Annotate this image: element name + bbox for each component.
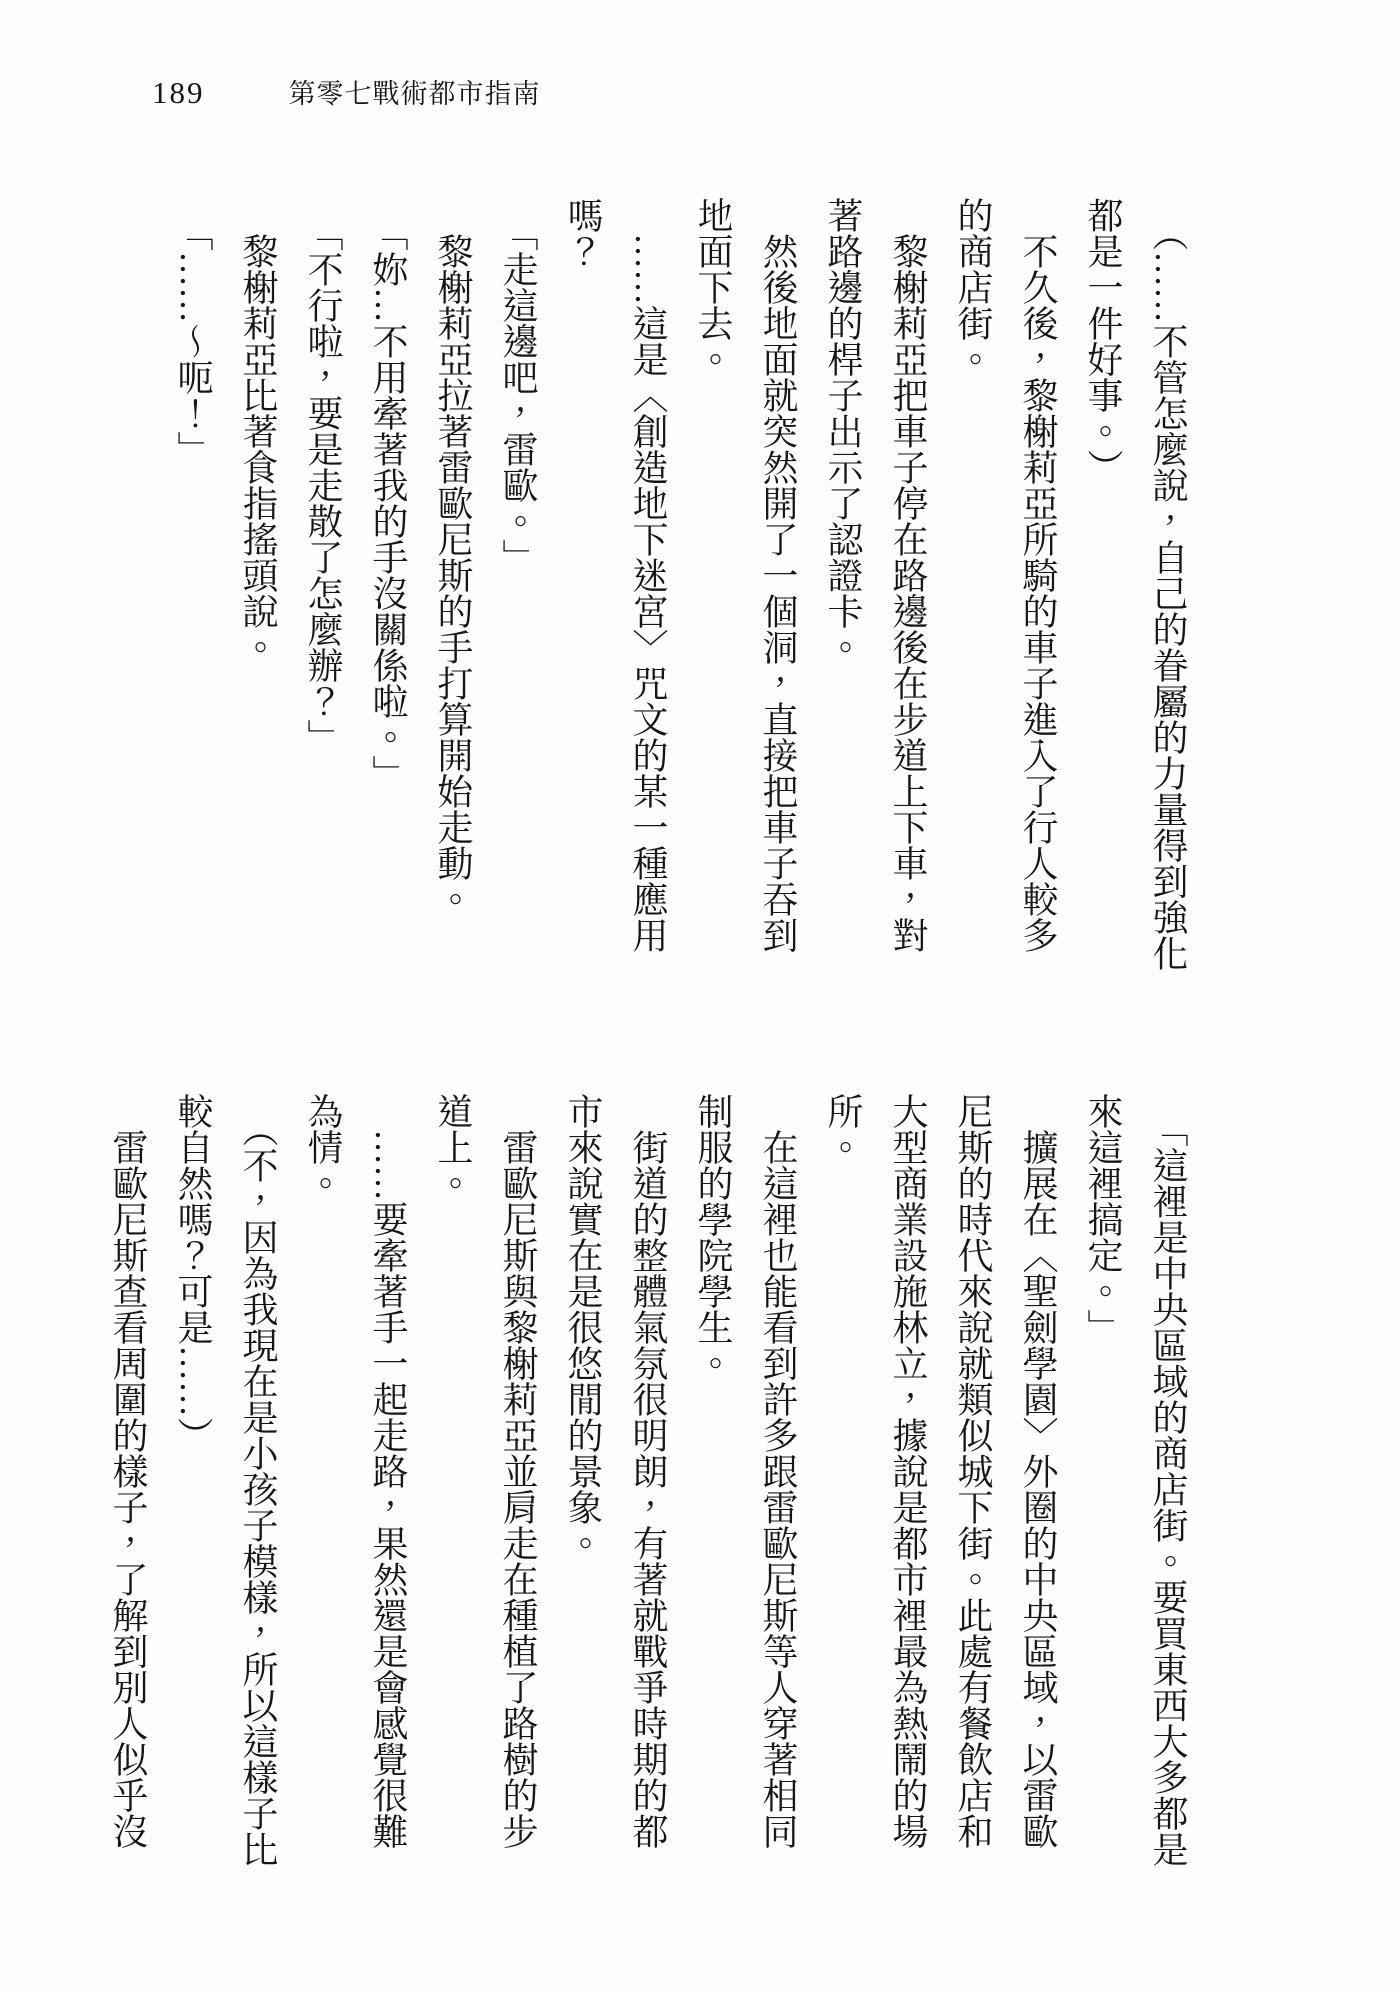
text-column: （……不管怎麼說，自己的眷屬的力量得到強化 <box>1135 197 1200 997</box>
text-column: （不，因為我現在是小孩子模樣，所以這樣子比 <box>225 1093 290 1883</box>
text-column: 市來說實在是很悠閒的景象。 <box>550 1093 615 1883</box>
text-column: 雷歐尼斯與黎榭莉亞並肩走在種植了路樹的步 <box>485 1093 550 1883</box>
text-column: 不久後，黎榭莉亞所騎的車子進入了行人較多 <box>1005 197 1070 997</box>
text-column: 「妳…不用牽著我的手沒關係啦。」 <box>355 197 420 997</box>
text-column: 較自然嗎？可是……） <box>160 1093 225 1883</box>
top-text-block: （……不管怎麼說，自己的眷屬的力量得到強化 都是一件好事。） 不久後，黎榭莉亞所… <box>160 197 1200 997</box>
text-column: 著路邊的桿子出示了認證卡。 <box>810 197 875 997</box>
text-column: ……要牽著手一起走路，果然還是會感覺很難 <box>355 1093 420 1883</box>
text-column: 黎榭莉亞比著食指搖頭說。 <box>225 197 290 997</box>
text-column: 為情。 <box>290 1093 355 1883</box>
text-column: 在這裡也能看到許多跟雷歐尼斯等人穿著相同 <box>745 1093 810 1883</box>
text-column: 大型商業設施林立，據說是都市裡最為熱鬧的場 <box>875 1093 940 1883</box>
text-column: 黎榭莉亞拉著雷歐尼斯的手打算開始走動。 <box>420 197 485 997</box>
text-column: 尼斯的時代來說就類似城下街。此處有餐飲店和 <box>940 1093 1005 1883</box>
text-column: 擴展在〈聖劍學園〉外圈的中央區域，以雷歐 <box>1005 1093 1070 1883</box>
text-column: 「走這邊吧，雷歐。」 <box>485 197 550 997</box>
text-column: 道上。 <box>420 1093 485 1883</box>
text-column: 「……～呃！」 <box>160 197 225 997</box>
page-header: 189 第零七戰術都市指南 <box>152 72 541 111</box>
text-column: 的商店街。 <box>940 197 1005 997</box>
text-column: 制服的學院學生。 <box>680 1093 745 1883</box>
text-column: 地面下去。 <box>680 197 745 997</box>
book-page: 189 第零七戰術都市指南 （……不管怎麼說，自己的眷屬的力量得到強化 都是一件… <box>0 0 1400 1989</box>
text-column: 所。 <box>810 1093 875 1883</box>
text-column: 街道的整體氣氛很明朗，有著就戰爭時期的都 <box>615 1093 680 1883</box>
text-column: 然後地面就突然開了一個洞，直接把車子吞到 <box>745 197 810 997</box>
text-column: 「不行啦，要是走散了怎麼辦？」 <box>290 197 355 997</box>
text-column: 都是一件好事。） <box>1070 197 1135 997</box>
page-number: 189 <box>152 75 205 111</box>
text-column: 來這裡搞定。」 <box>1070 1093 1135 1883</box>
text-column: 黎榭莉亞把車子停在路邊後在步道上下車，對 <box>875 197 940 997</box>
running-title: 第零七戰術都市指南 <box>289 72 541 111</box>
bottom-text-block: 「這裡是中央區域的商店街。要買東西大多都是 來這裡搞定。」 擴展在〈聖劍學園〉外… <box>95 1093 1200 1883</box>
text-column: 雷歐尼斯查看周圍的樣子，了解到別人似乎沒 <box>95 1093 160 1883</box>
text-column: 「這裡是中央區域的商店街。要買東西大多都是 <box>1135 1093 1200 1883</box>
text-column: ……這是〈創造地下迷宮〉咒文的某一種應用 <box>615 197 680 997</box>
text-column: 嗎？ <box>550 197 615 997</box>
